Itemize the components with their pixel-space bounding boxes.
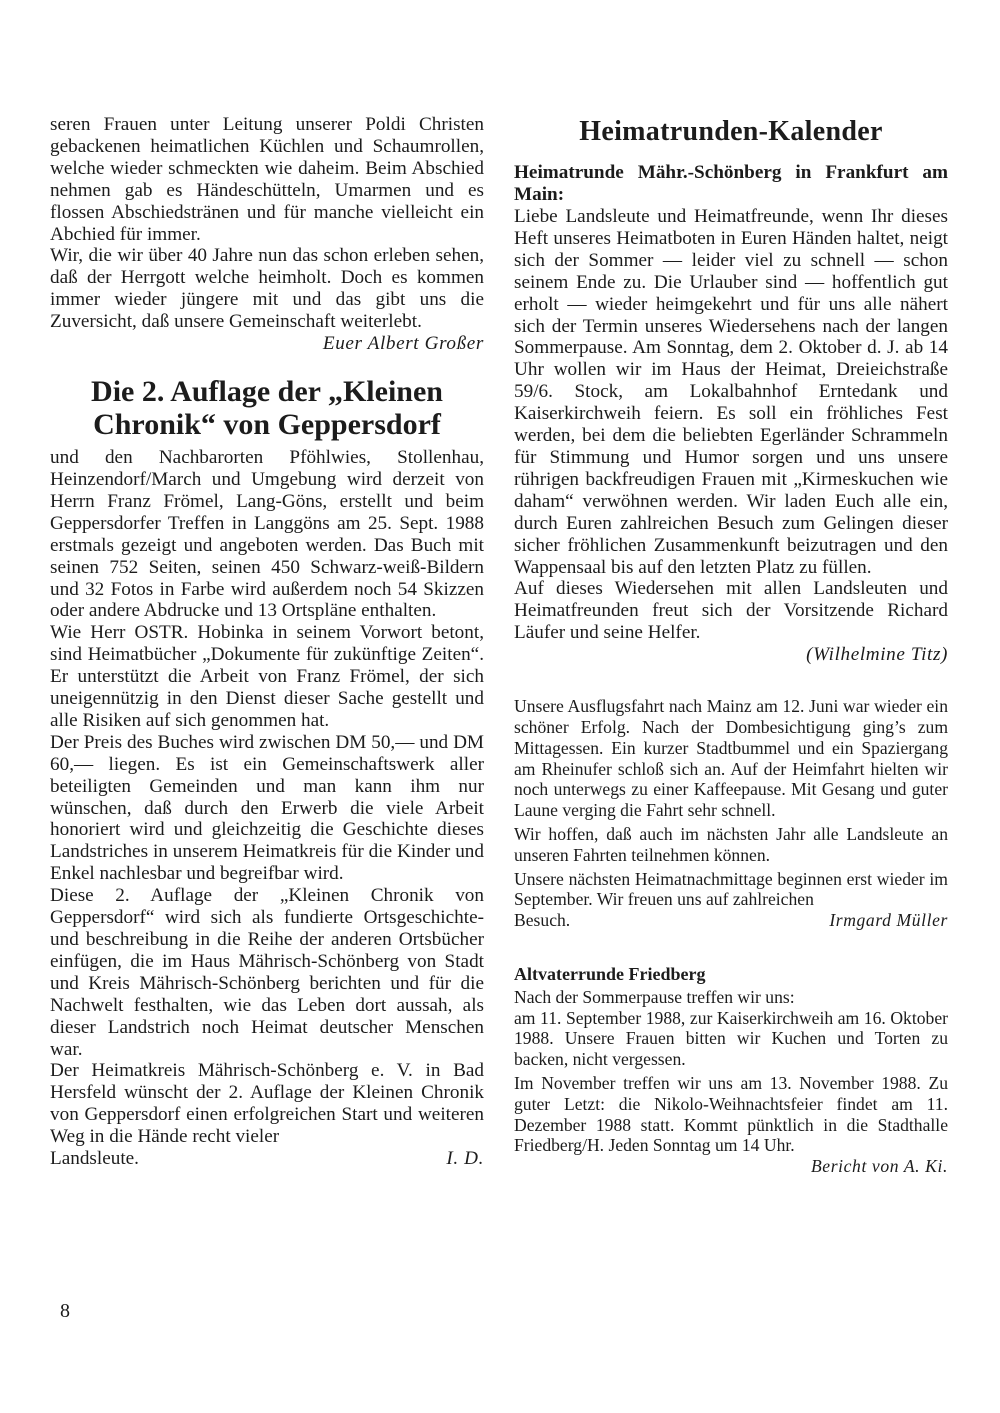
mainz-closing-text: Besuch. — [514, 910, 570, 931]
friedberg-paragraph: Nach der Sommerpause treffen wir uns: — [514, 987, 948, 1008]
article-title-line: Chronik“ von Geppersdorf — [50, 408, 484, 441]
mainz-closing-line: Besuch. Irmgard Müller — [514, 910, 948, 931]
article-closing-text: Landsleute. — [50, 1148, 139, 1170]
friedberg-heading: Altvaterrunde Friedberg — [514, 963, 948, 985]
right-column: Heimatrunden-Kalender Heimatrunde Mähr.-… — [514, 114, 948, 1177]
article-paragraph: Der Preis des Buches wird zwischen DM 50… — [50, 732, 484, 885]
article-paragraph: und den Nachbarorten Pföhlwies, Stollenh… — [50, 447, 484, 622]
article-title: Die 2. Auflage der „Kleinen Chronik“ von… — [50, 375, 484, 441]
mainz-paragraph: Wir hoffen, daß auch im nächsten Jahr al… — [514, 824, 948, 866]
article-signature: I. D. — [446, 1148, 484, 1170]
left-column: seren Frauen unter Leitung unserer Poldi… — [50, 114, 484, 1170]
friedberg-signature: Bericht von A. Ki. — [514, 1156, 948, 1177]
frankfurt-heading: Heimatrunde Mähr.-Schönberg in Frankfurt… — [514, 162, 948, 206]
intro-paragraph: seren Frauen unter Leitung unserer Poldi… — [50, 114, 484, 245]
frankfurt-signature: (Wilhelmine Titz) — [514, 644, 948, 666]
article-paragraph: Diese 2. Auflage der „Kleinen Chronik vo… — [50, 885, 484, 1060]
frankfurt-paragraph: Auf dieses Wiedersehen mit allen Landsle… — [514, 578, 948, 644]
mainz-paragraph: Unsere nächsten Heimatnachmittage beginn… — [514, 869, 948, 911]
page-number: 8 — [60, 1300, 70, 1323]
article-title-line: Die 2. Auflage der „Kleinen — [50, 375, 484, 408]
section-spacer — [514, 666, 948, 696]
intro-signature: Euer Albert Großer — [50, 333, 484, 355]
mainz-paragraph: Unsere Ausflugsfahrt nach Mainz am 12. J… — [514, 696, 948, 821]
article-closing-line: Landsleute. I. D. — [50, 1148, 484, 1170]
friedberg-paragraph: Im November treffen wir uns am 13. Novem… — [514, 1073, 948, 1156]
article-paragraph: Wie Herr OSTR. Hobinka in seinem Vorwort… — [50, 622, 484, 732]
intro-paragraph: Wir, die wir über 40 Jahre nun das schon… — [50, 245, 484, 333]
frankfurt-paragraph: Liebe Landsleute und Heimatfreunde, wenn… — [514, 206, 948, 578]
mainz-signature: Irmgard Müller — [829, 910, 948, 931]
section-spacer — [514, 931, 948, 963]
calendar-title: Heimatrunden-Kalender — [514, 116, 948, 148]
article-paragraph: Der Heimatkreis Mährisch-Schönberg e. V.… — [50, 1060, 484, 1148]
friedberg-paragraph: am 11. September 1988, zur Kaiserkirchwe… — [514, 1008, 948, 1070]
